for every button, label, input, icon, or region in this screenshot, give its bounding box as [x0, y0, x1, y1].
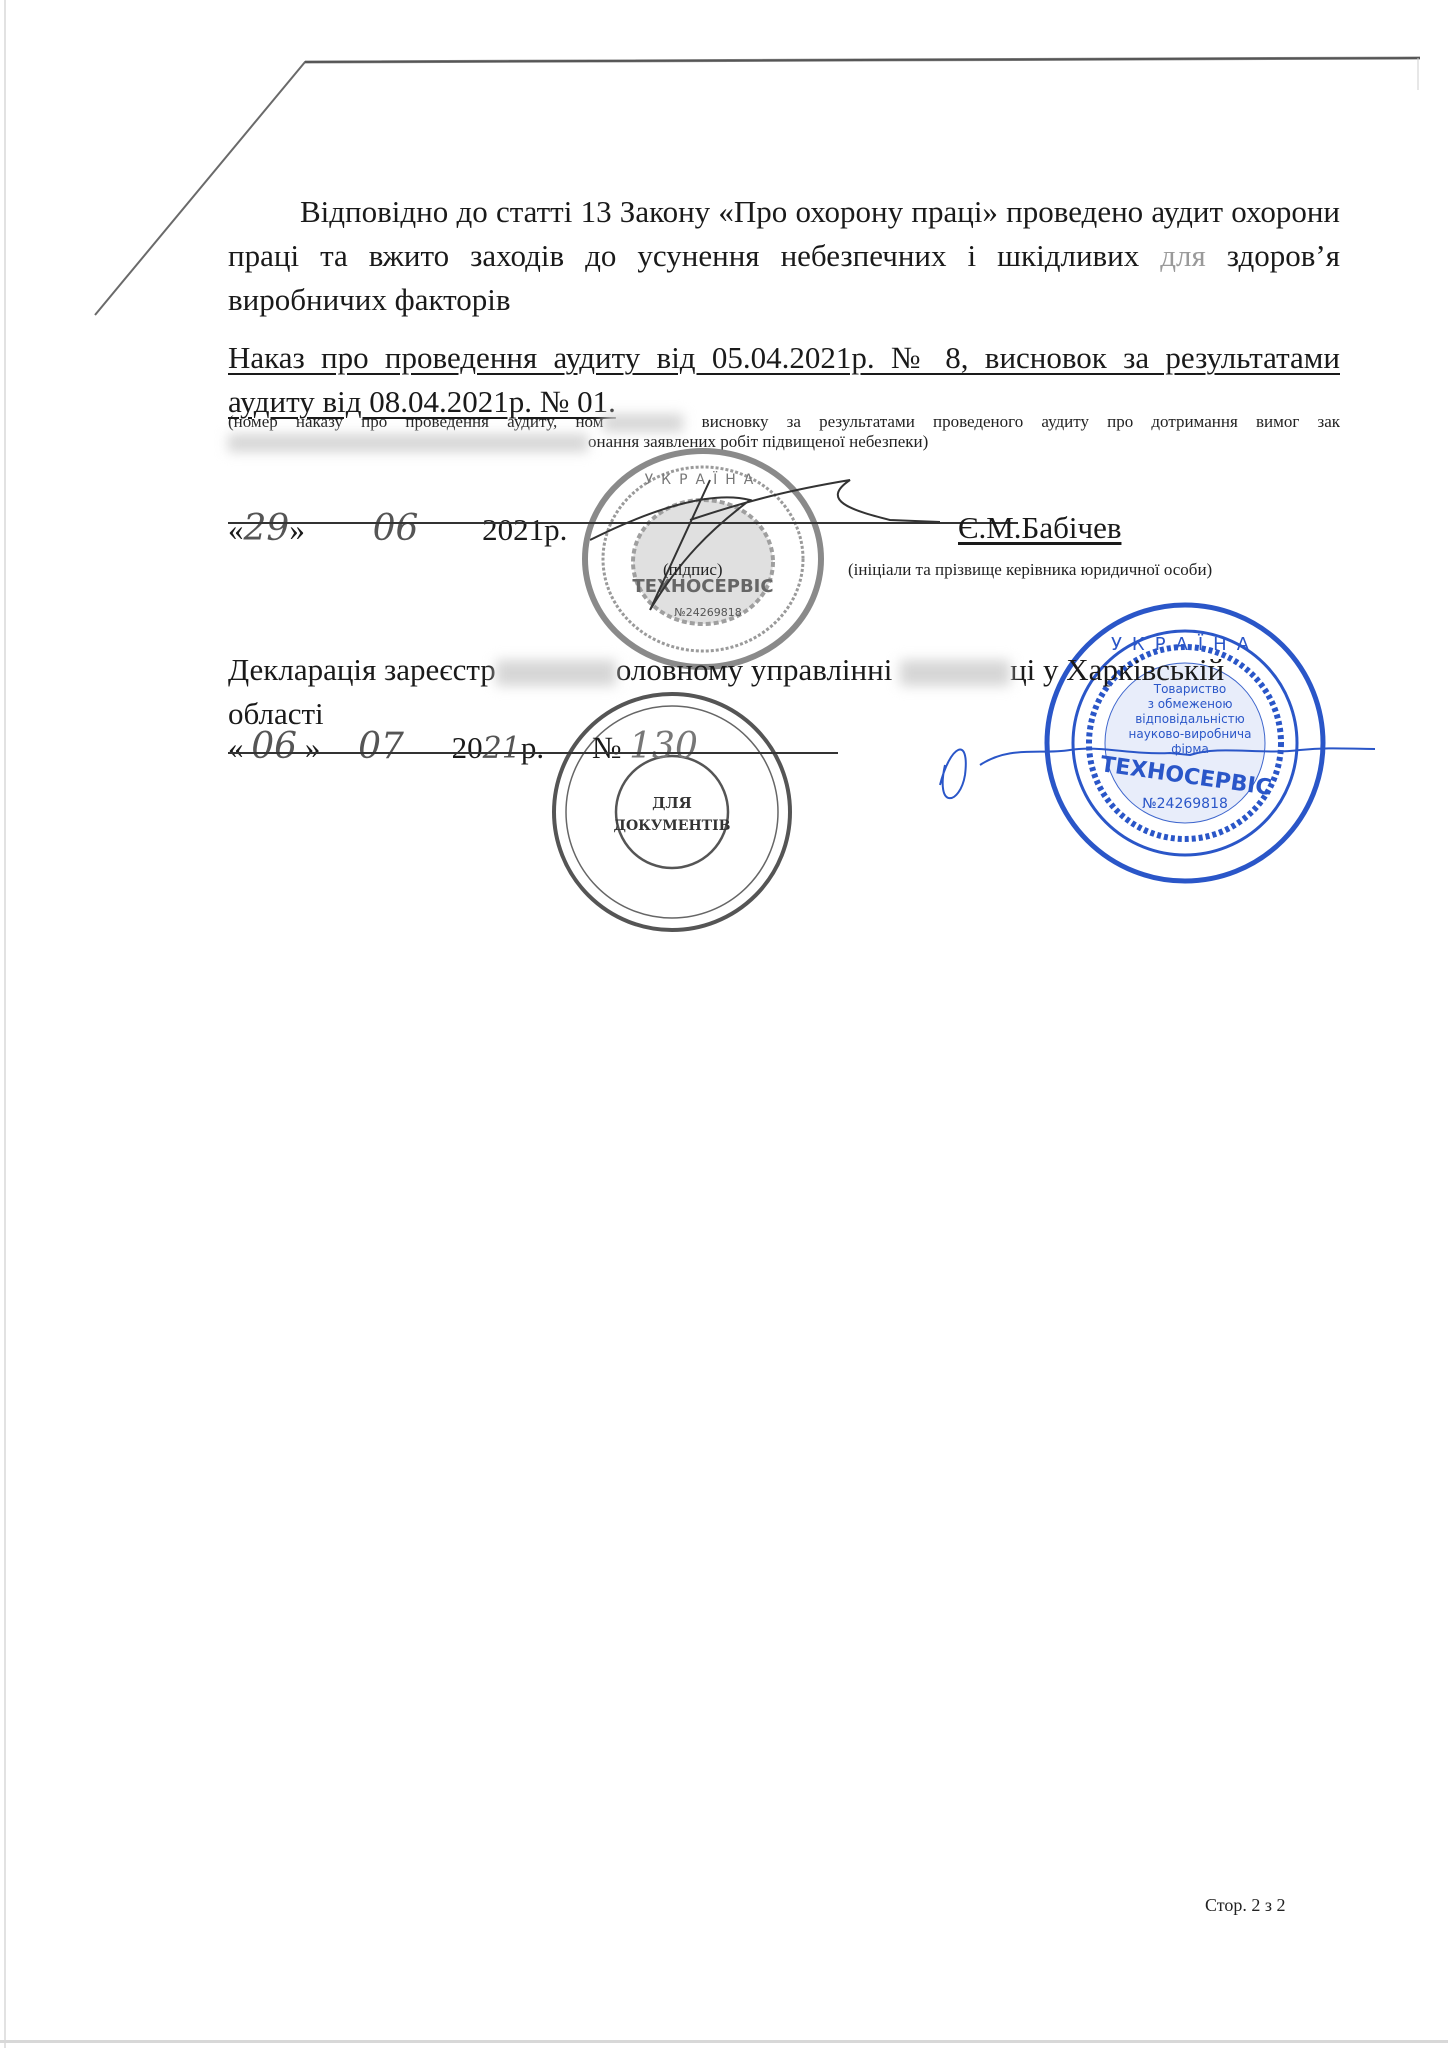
intro-paragraph: Відповідно до статті 13 Закону «Про охор…: [228, 190, 1340, 322]
caption-part1: (номер наказу про проведення аудиту, ном: [228, 412, 603, 431]
handwritten-month: 07: [358, 726, 404, 767]
redacted-region: [496, 660, 616, 686]
signature-year: 2021р.: [482, 512, 567, 547]
signature-caption: (підпис): [663, 560, 723, 580]
year-prefix: 20: [452, 730, 483, 765]
redacted-region: [228, 434, 588, 452]
number-label: №: [592, 730, 622, 765]
document-page: Відповідно до статті 13 Закону «Про охор…: [0, 0, 1448, 2048]
quote-open: «: [228, 512, 244, 547]
handwritten-signature-blue: [930, 725, 1380, 815]
handwritten-year: 21: [483, 731, 521, 766]
year-suffix: р.: [521, 730, 544, 765]
signature-date: «29» 06 2021р.: [228, 508, 567, 549]
declaration-text: Декларація зареєстроловному управлінні ц…: [228, 648, 1340, 736]
caption-part3: онання заявлених робіт підвищеної небезп…: [588, 432, 928, 451]
quote-close: »: [289, 512, 305, 547]
handwritten-day: 29: [244, 508, 290, 549]
scan-edge-bottom: [0, 2040, 1448, 2043]
handwritten-signature: [590, 470, 940, 630]
declaration-line: [228, 752, 838, 754]
audit-order-text: Наказ про проведення аудиту від 05.04.20…: [228, 336, 1340, 424]
quote-close: »: [305, 730, 321, 765]
declaration-part3: ці у Харківській: [1010, 652, 1224, 687]
signer-name: Є.М.Бабічев: [958, 510, 1121, 546]
signer-caption: (ініціали та прізвище керівника юридично…: [848, 560, 1212, 580]
redacted-region: [603, 414, 683, 432]
page-number: Стор. 2 з 2: [1205, 1895, 1286, 1916]
quote-open: «: [228, 730, 244, 765]
declaration-part2: оловному управлінні: [616, 652, 893, 687]
svg-text:ДОКУМЕНТІВ: ДОКУМЕНТІВ: [614, 818, 731, 834]
declaration-part1: Декларація зареєстр: [228, 652, 496, 687]
audit-order-caption: (номер наказу про проведення аудиту, ном…: [228, 412, 1340, 452]
handwritten-day: 06: [251, 726, 297, 767]
declaration-date: « 06 » 07 2021р. № 130: [228, 726, 698, 767]
handwritten-number: 130: [629, 726, 698, 767]
svg-text:ДЛЯ: ДЛЯ: [652, 794, 692, 812]
handwritten-month: 06: [373, 508, 419, 549]
intro-faded-text: для: [1139, 238, 1206, 273]
caption-part2: висновку за результатами проведеного ауд…: [702, 412, 1340, 431]
redacted-region: [900, 660, 1010, 686]
